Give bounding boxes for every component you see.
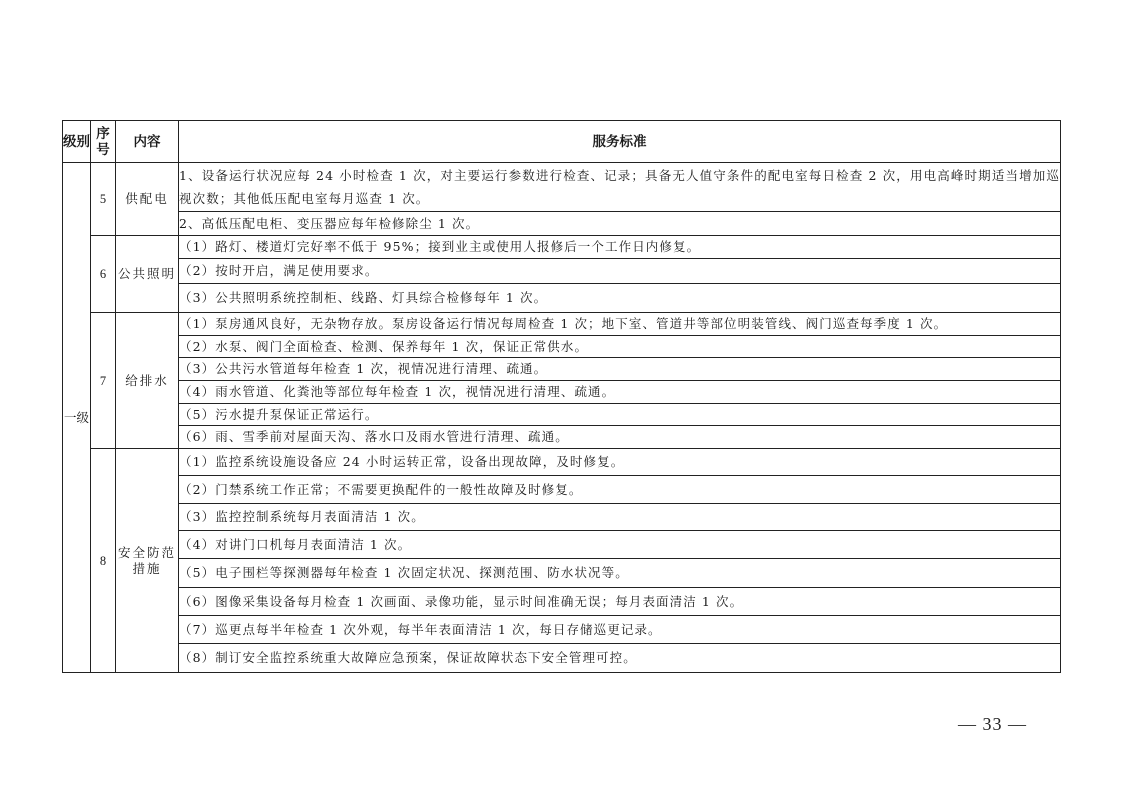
- table-row: 7 给排水 （1）泵房通风良好，无杂物存放。泵房设备运行情况每周检查 1 次；地…: [63, 313, 1061, 336]
- standard-item: （1）路灯、楼道灯完好率不低于 95%；接到业主或使用人报修后一个工作日内修复。: [179, 236, 1061, 259]
- standard-item: （5）污水提升泵保证正常运行。: [179, 404, 1061, 426]
- standard-item: （1）泵房通风良好，无杂物存放。泵房设备运行情况每周检查 1 次；地下室、管道井…: [179, 313, 1061, 336]
- header-standard: 服务标准: [179, 121, 1061, 163]
- category-power-supply: 供配电: [116, 163, 179, 236]
- table-row: （3）监控控制系统每月表面清洁 1 次。: [63, 504, 1061, 531]
- table-row: （2）按时开启，满足使用要求。: [63, 259, 1061, 284]
- standard-item: （6）图像采集设备每月检查 1 次画面、录像功能，显示时间准确无误；每月表面清洁…: [179, 588, 1061, 616]
- seq-cell-6: 6: [91, 236, 116, 313]
- standard-item: （5）电子围栏等探测器每年检查 1 次固定状况、探测范围、防水状况等。: [179, 559, 1061, 588]
- service-standards-table: 级别 序号 内容 服务标准 一级 5 供配电 1、设备运行状况应每 24 小时检…: [62, 120, 1061, 673]
- level-cell: 一级: [63, 163, 91, 673]
- table-row: （8）制订安全监控系统重大故障应急预案，保证故障状态下安全管理可控。: [63, 644, 1061, 673]
- table-row: （2）门禁系统工作正常；不需要更换配件的一般性故障及时修复。: [63, 476, 1061, 504]
- table-row: 6 公共照明 （1）路灯、楼道灯完好率不低于 95%；接到业主或使用人报修后一个…: [63, 236, 1061, 259]
- standard-item: （8）制订安全监控系统重大故障应急预案，保证故障状态下安全管理可控。: [179, 644, 1061, 673]
- standard-item: 1、设备运行状况应每 24 小时检查 1 次，对主要运行参数进行检查、记录；具备…: [179, 163, 1061, 212]
- table-row: 8 安全防范措施 （1）监控系统设施设备应 24 小时运转正常，设备出现故障，及…: [63, 449, 1061, 476]
- page-number: — 33 —: [958, 714, 1027, 735]
- standard-item: （2）水泵、阀门全面检查、检测、保养每年 1 次，保证正常供水。: [179, 336, 1061, 358]
- table-header-row: 级别 序号 内容 服务标准: [63, 121, 1061, 163]
- table-row: （4）对讲门口机每月表面清洁 1 次。: [63, 531, 1061, 559]
- seq-cell-5: 5: [91, 163, 116, 236]
- category-public-lighting: 公共照明: [116, 236, 179, 313]
- table-row: 2、高低压配电柜、变压器应每年检修除尘 1 次。: [63, 212, 1061, 236]
- table-row: （3）公共照明系统控制柜、线路、灯具综合检修每年 1 次。: [63, 284, 1061, 313]
- header-content: 内容: [116, 121, 179, 163]
- standard-item: （3）监控控制系统每月表面清洁 1 次。: [179, 504, 1061, 531]
- standard-item: （2）按时开启，满足使用要求。: [179, 259, 1061, 284]
- table-row: （4）雨水管道、化粪池等部位每年检查 1 次，视情况进行清理、疏通。: [63, 381, 1061, 404]
- standard-item: （2）门禁系统工作正常；不需要更换配件的一般性故障及时修复。: [179, 476, 1061, 504]
- table-row: （7）巡更点每半年检查 1 次外观，每半年表面清洁 1 次，每日存储巡更记录。: [63, 616, 1061, 644]
- standard-item: 2、高低压配电柜、变压器应每年检修除尘 1 次。: [179, 212, 1061, 236]
- table-row: （5）污水提升泵保证正常运行。: [63, 404, 1061, 426]
- category-water-supply-drainage: 给排水: [116, 313, 179, 449]
- header-level: 级别: [63, 121, 91, 163]
- table-row: （6）图像采集设备每月检查 1 次画面、录像功能，显示时间准确无误；每月表面清洁…: [63, 588, 1061, 616]
- standard-item: （3）公共照明系统控制柜、线路、灯具综合检修每年 1 次。: [179, 284, 1061, 313]
- table-row: （6）雨、雪季前对屋面天沟、落水口及雨水管进行清理、疏通。: [63, 426, 1061, 449]
- seq-cell-7: 7: [91, 313, 116, 449]
- standard-item: （4）对讲门口机每月表面清洁 1 次。: [179, 531, 1061, 559]
- standard-item: （7）巡更点每半年检查 1 次外观，每半年表面清洁 1 次，每日存储巡更记录。: [179, 616, 1061, 644]
- seq-cell-8: 8: [91, 449, 116, 673]
- standard-item: （3）公共污水管道每年检查 1 次，视情况进行清理、疏通。: [179, 358, 1061, 381]
- standard-item: （4）雨水管道、化粪池等部位每年检查 1 次，视情况进行清理、疏通。: [179, 381, 1061, 404]
- table-row: （3）公共污水管道每年检查 1 次，视情况进行清理、疏通。: [63, 358, 1061, 381]
- category-security-measures: 安全防范措施: [116, 449, 179, 673]
- standard-item: （6）雨、雪季前对屋面天沟、落水口及雨水管进行清理、疏通。: [179, 426, 1061, 449]
- table-row: 一级 5 供配电 1、设备运行状况应每 24 小时检查 1 次，对主要运行参数进…: [63, 163, 1061, 212]
- table-row: （5）电子围栏等探测器每年检查 1 次固定状况、探测范围、防水状况等。: [63, 559, 1061, 588]
- header-seq: 序号: [91, 121, 116, 163]
- table-row: （2）水泵、阀门全面检查、检测、保养每年 1 次，保证正常供水。: [63, 336, 1061, 358]
- standard-item: （1）监控系统设施设备应 24 小时运转正常，设备出现故障，及时修复。: [179, 449, 1061, 476]
